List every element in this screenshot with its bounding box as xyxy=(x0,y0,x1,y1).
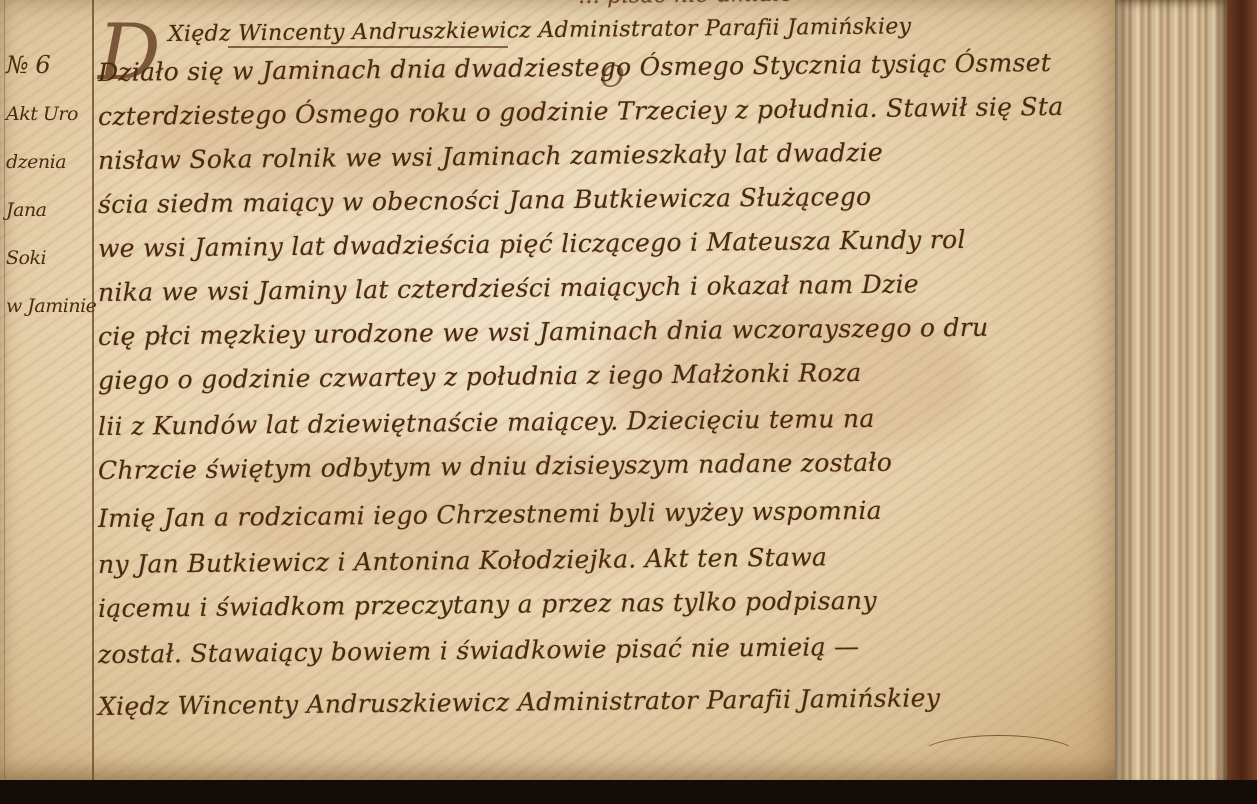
table-shadow xyxy=(0,780,1257,804)
margin-rule-left xyxy=(4,0,5,780)
signature-underline xyxy=(228,46,508,48)
book-page-edges xyxy=(1115,0,1227,790)
margin-note-line: Soki xyxy=(6,234,92,282)
record-number: № 6 xyxy=(6,40,92,90)
signature-flourish xyxy=(918,735,1080,777)
record-line: iącemu i świadkom przeczytany a przez na… xyxy=(98,586,877,623)
margin-note-line: dzenia xyxy=(6,138,92,186)
register-page: № 6 Akt Uro dzenia Jana Soki w Jaminie .… xyxy=(0,0,1125,782)
record-line: został. Stawaiący bowiem i świadkowie pi… xyxy=(98,632,860,669)
document-photo: № 6 Akt Uro dzenia Jana Soki w Jaminie .… xyxy=(0,0,1257,804)
book-cover xyxy=(1227,0,1257,804)
margin-note-line: Jana xyxy=(6,186,92,234)
previous-record-fragment: ... pisać nie umiało — xyxy=(578,0,823,9)
margin-note-line: Akt Uro xyxy=(6,90,92,138)
margin-note-line: w Jaminie xyxy=(6,282,92,330)
margin-rule xyxy=(92,0,94,780)
margin-note: № 6 Akt Uro dzenia Jana Soki w Jaminie xyxy=(6,40,92,330)
record-line: Działo się w Jaminach dnia dwadziestego … xyxy=(98,48,1051,87)
record-line: we wsi Jaminy lat dwadzieścia pięć liczą… xyxy=(98,225,966,263)
record-line: Chrzcie świętym odbytym w dniu dzisieysz… xyxy=(98,448,892,485)
record-line: ny Jan Butkiewicz i Antonina Kołodziejka… xyxy=(98,542,827,579)
record-line: ścia siedm maiący w obecności Jana Butki… xyxy=(98,182,872,219)
previous-record-signature: Xiędz Wincenty Andruszkiewicz Administra… xyxy=(168,14,912,47)
signature-line: Xiędz Wincenty Andruszkiewicz Administra… xyxy=(98,683,940,721)
